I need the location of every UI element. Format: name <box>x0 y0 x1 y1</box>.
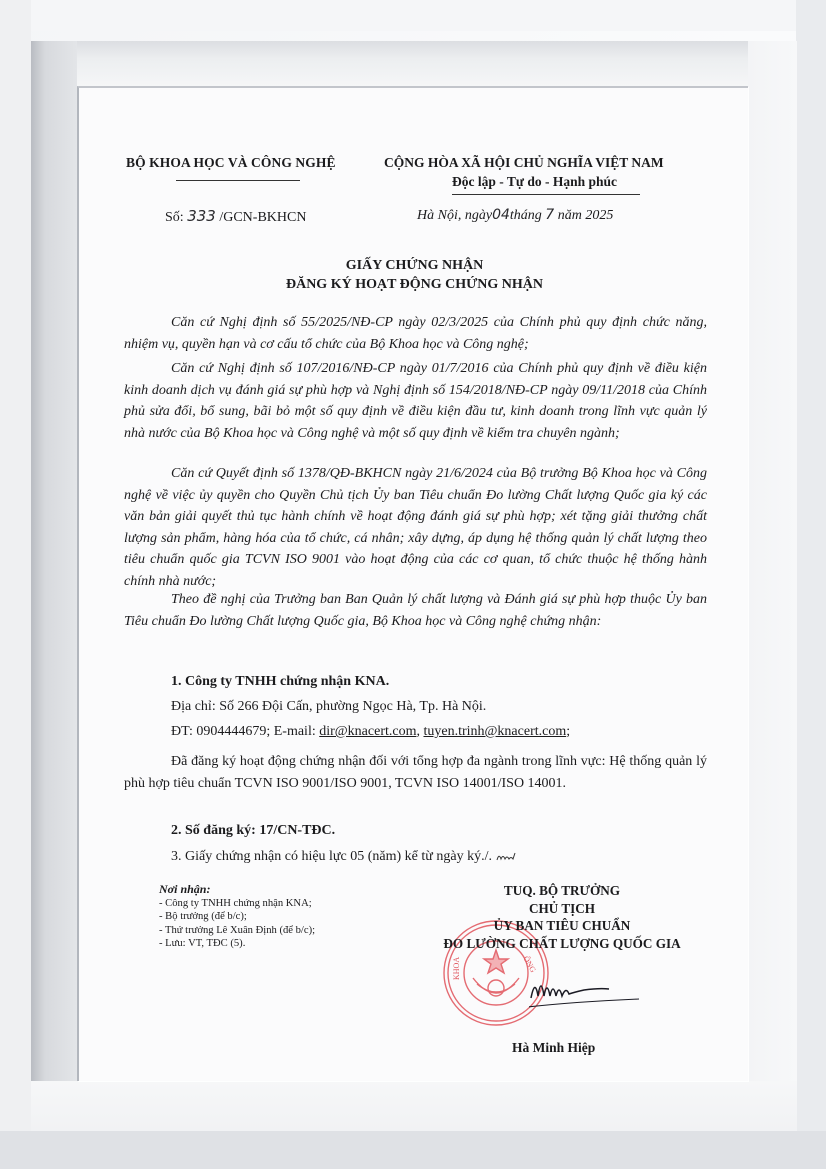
signature-title: ỦY BAN TIÊU CHUẨN <box>417 917 707 935</box>
registration-value: 17/CN-TĐC. <box>259 823 335 838</box>
handwritten-day: 04 <box>492 207 510 223</box>
preamble-paragraph: Căn cứ Quyết định số 1378/QĐ-BKHCN ngày … <box>124 463 707 593</box>
email-link[interactable]: dir@knacert.com <box>319 724 416 739</box>
national-motto: Độc lập - Tự do - Hạnh phúc <box>452 174 617 190</box>
date-prefix: Hà Nội, ngày <box>417 208 492 223</box>
recipient-item: - Bộ trưởng (để b/c); <box>159 910 315 924</box>
signature-title: CHỦ TỊCH <box>417 900 707 918</box>
frame-bevel-top <box>31 41 797 86</box>
handwritten-number: 333 <box>187 207 216 225</box>
ministry-name: BỘ KHOA HỌC VÀ CÔNG NGHỆ <box>126 155 336 171</box>
handwritten-signature-icon <box>529 968 689 1013</box>
preamble-paragraph: Căn cứ Nghị định số 55/2025/NĐ-CP ngày 0… <box>124 312 707 355</box>
recipient-item: - Lưu: VT, TĐC (5). <box>159 937 315 951</box>
organization-contact: ĐT: 0904444679; E-mail: dir@knacert.com,… <box>171 724 570 740</box>
country-name: CỘNG HÒA XÃ HỘI CHỦ NGHĨA VIỆT NAM <box>384 155 664 171</box>
registration-number: 2. Số đăng ký: 17/CN-TĐC. <box>171 823 335 839</box>
recipients-list: Nơi nhận: - Công ty TNHH chứng nhận KNA;… <box>159 883 315 951</box>
signature-title: ĐO LƯỜNG CHẤT LƯỢNG QUỐC GIA <box>417 935 707 953</box>
preamble-paragraph: Theo đề nghị của Trưởng ban Ban Quản lý … <box>124 589 707 632</box>
signature-block: TUQ. BỘ TRƯỞNG CHỦ TỊCH ỦY BAN TIÊU CHUẨ… <box>417 882 707 952</box>
frame-left-rail <box>0 0 31 1169</box>
motto-underline <box>452 194 640 195</box>
year-text: năm 2025 <box>558 208 614 223</box>
preamble-paragraph: Căn cứ Nghị định số 107/2016/NĐ-CP ngày … <box>124 358 707 444</box>
phone-label: ĐT: 0904444679; E-mail: <box>171 724 316 739</box>
separator: , <box>416 724 420 739</box>
signature-title: TUQ. BỘ TRƯỞNG <box>417 882 707 900</box>
recipients-title: Nơi nhận: <box>159 883 315 897</box>
signer-name: Hà Minh Hiệp <box>512 1040 595 1056</box>
frame-bevel-bottom <box>31 1081 797 1131</box>
number-suffix: /GCN-BKHCN <box>219 210 306 225</box>
certificate-subtitle: ĐĂNG KÝ HOẠT ĐỘNG CHỨNG NHẬN <box>79 277 750 293</box>
recipient-item: - Công ty TNHH chứng nhận KNA; <box>159 897 315 911</box>
separator: ; <box>566 724 570 739</box>
document-number: Số: 333 /GCN-BKHCN <box>165 207 306 226</box>
frame-right-rail <box>796 0 826 1169</box>
validity-text: 3. Giấy chứng nhận có hiệu lực 05 (năm) … <box>171 849 492 864</box>
frame-bottom-rail <box>0 1131 826 1169</box>
frame-top-rail <box>0 0 826 31</box>
ministry-underline <box>176 180 300 181</box>
frame-bevel-right <box>748 41 797 1131</box>
initials-icon <box>495 851 519 863</box>
registration-label: 2. Số đăng ký: <box>171 823 256 838</box>
certification-scope: Đã đăng ký hoạt động chứng nhận đối với … <box>124 751 707 794</box>
frame-bevel-left <box>31 41 77 1131</box>
certificate-document: BỘ KHOA HỌC VÀ CÔNG NGHỆ CỘNG HÒA XÃ HỘI… <box>77 86 748 1081</box>
email-link[interactable]: tuyen.trinh@knacert.com <box>423 724 566 739</box>
number-label: Số: <box>165 210 184 225</box>
organization-heading: 1. Công ty TNHH chứng nhận KNA. <box>171 674 389 690</box>
svg-text:KHOA: KHOA <box>452 957 461 980</box>
organization-address: Địa chỉ: Số 266 Đội Cấn, phường Ngọc Hà,… <box>171 699 486 715</box>
validity-statement: 3. Giấy chứng nhận có hiệu lực 05 (năm) … <box>171 849 519 865</box>
handwritten-month: 7 <box>545 207 554 223</box>
month-label: tháng <box>510 208 542 223</box>
document-date: Hà Nội, ngày04tháng 7 năm 2025 <box>417 207 613 224</box>
recipient-item: - Thứ trưởng Lê Xuân Định (để b/c); <box>159 924 315 938</box>
certificate-title: GIẤY CHỨNG NHẬN <box>79 258 750 274</box>
